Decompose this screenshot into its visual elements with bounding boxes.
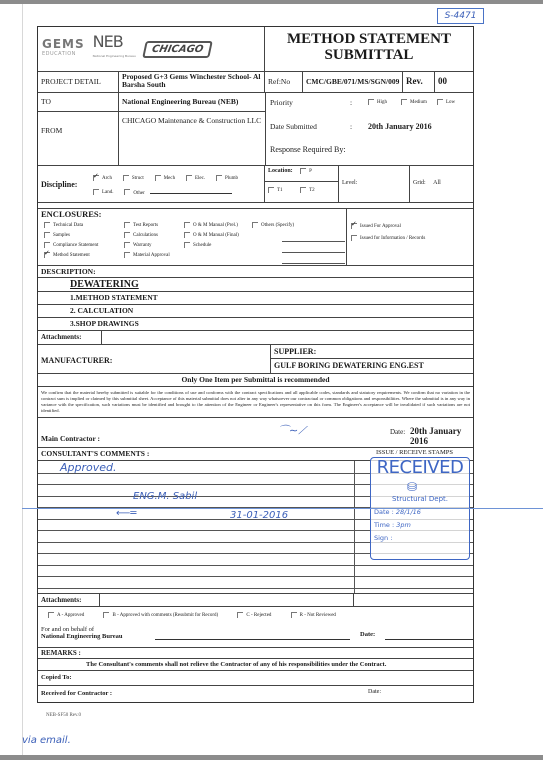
discipline-elec[interactable]: Elec. — [186, 175, 205, 181]
contractor-signature: ⌒∼⟋ — [278, 422, 306, 438]
grid-value: All — [433, 180, 441, 186]
checkbox-icon[interactable] — [123, 175, 129, 181]
stamp-sign: Sign : — [371, 534, 469, 542]
checkbox-icon[interactable] — [351, 235, 357, 241]
comment-ruling-line — [38, 588, 473, 589]
supplier-label: SUPPLIER: — [271, 345, 473, 359]
checkbox-icon[interactable] — [155, 175, 161, 181]
location-p[interactable]: P — [300, 169, 312, 174]
checkbox-checked-icon[interactable] — [351, 223, 357, 229]
to-label: TO — [38, 93, 119, 111]
received-for-contractor-label: Received for Contractor : — [38, 686, 112, 702]
enclosure-option[interactable]: Samples — [44, 232, 124, 238]
enclosure-option[interactable]: Calculations — [124, 232, 184, 238]
code-b-approved-with-comments[interactable]: B - Approved with comments (Resubmit for… — [103, 613, 218, 618]
priority-row: Priority : High Medium Low — [270, 95, 469, 109]
stamp-time: Time : 3pm — [371, 521, 469, 529]
location-t2[interactable]: T2 — [300, 188, 315, 193]
discipline-plumb[interactable]: Plumb — [216, 175, 238, 181]
to-from-block: TO National Engineering Bureau (NEB) FRO… — [38, 93, 473, 166]
project-value: Proposed G+3 Gems Winchester School- Al … — [119, 72, 265, 92]
enclosures-block: ENCLOSURES: Technical DataTest ReportsO … — [38, 209, 473, 266]
checkbox-icon[interactable] — [300, 168, 306, 174]
checkbox-icon[interactable] — [103, 612, 109, 618]
behalf-date-line[interactable] — [385, 639, 473, 640]
response-required-label: Response Required By: — [270, 145, 469, 154]
enclosure-empty — [184, 252, 252, 258]
enclosure-option[interactable]: Test Reports — [124, 222, 184, 228]
attachments2-label: Attachments: — [38, 594, 100, 606]
date-submitted-value: 20th January 2016 — [368, 122, 432, 131]
project-row: PROJECT DETAIL Proposed G+3 Gems Winches… — [38, 72, 473, 93]
issue-purpose-block: Issued For Approval Issued for Informati… — [347, 209, 473, 265]
discipline-label: Discipline: — [41, 180, 93, 189]
form-title: METHOD STATEMENT SUBMITTAL — [265, 27, 473, 71]
enclosures-label: ENCLOSURES: — [38, 209, 346, 219]
grid-label: Grid: — [413, 180, 426, 186]
issued-for-information[interactable]: Issued for Information / Records — [351, 235, 469, 241]
remarks-text: The Consultant's comments shall not reli… — [38, 659, 473, 671]
date-submitted-row: Date Submitted : 20th January 2016 — [270, 119, 469, 133]
issued-for-approval[interactable]: Issued For Approval — [351, 223, 469, 229]
description-block: DESCRIPTION: DEWATERING 1.METHOD STATEME… — [38, 266, 473, 331]
main-contractor-date-value: 20th January 2016 — [410, 426, 473, 446]
chicago-logo: CHICAGO — [142, 41, 213, 58]
checkbox-icon[interactable] — [291, 612, 297, 618]
from-value: CHICAGO Maintenance & Construction LLC — [119, 112, 265, 165]
checkbox-icon[interactable] — [237, 612, 243, 618]
checkbox-icon[interactable] — [124, 242, 130, 248]
stamp-emblem-icon: ⛁ — [407, 480, 417, 494]
checkbox-icon[interactable] — [184, 232, 190, 238]
to-row: TO National Engineering Bureau (NEB) — [38, 93, 265, 112]
attachments2-row: Attachments: — [38, 594, 473, 607]
enclosure-option[interactable]: O & M Manual (Final) — [184, 232, 252, 238]
code-a-approved[interactable]: A - Approved — [48, 613, 84, 618]
handwritten-approval: Approved. — [60, 461, 117, 474]
checkbox-checked-icon[interactable] — [44, 252, 50, 258]
priority-high[interactable]: High — [368, 99, 387, 105]
handwritten-ref-number: S-4471 — [437, 8, 484, 24]
enclosure-option[interactable]: Warranty — [124, 242, 184, 248]
stamps-label: ISSUE / RECEIVE STAMPS — [376, 449, 453, 456]
handwritten-name: ENG.M. Sabil — [133, 491, 197, 502]
priority-low[interactable]: Low — [437, 99, 455, 105]
checkbox-icon[interactable] — [300, 187, 306, 193]
from-row: FROM CHICAGO Maintenance & Construction … — [38, 112, 265, 165]
attachments-row: Attachments: — [38, 331, 473, 345]
checkbox-icon[interactable] — [184, 242, 190, 248]
attachments-label: Attachments: — [38, 331, 102, 344]
description-item: 3.SHOP DRAWINGS — [38, 318, 473, 331]
checkbox-icon[interactable] — [44, 222, 50, 228]
to-value: National Engineering Bureau (NEB) — [119, 93, 265, 111]
rev-label: Rev. — [403, 72, 435, 92]
on-behalf-of: For and on behalf of National Engineerin… — [41, 626, 123, 640]
checkbox-icon[interactable] — [368, 99, 374, 105]
checkbox-checked-icon[interactable] — [93, 175, 99, 181]
enclosure-option[interactable]: Others (Specify) — [252, 222, 334, 228]
received-for-contractor-row: Received for Contractor : Date: — [38, 686, 473, 702]
enclosure-option[interactable]: Schedule — [184, 242, 252, 248]
discipline-arch[interactable]: Arch — [93, 175, 112, 181]
description-label: DESCRIPTION: — [38, 266, 473, 278]
checkbox-icon[interactable] — [44, 232, 50, 238]
checkbox-icon[interactable] — [184, 222, 190, 228]
checkbox-icon[interactable] — [124, 189, 130, 195]
others-specify-lines — [282, 231, 345, 264]
location-t1[interactable]: T1 — [268, 188, 283, 193]
refno-label: Ref:No — [265, 72, 303, 92]
discipline-struct[interactable]: Struct — [123, 175, 144, 181]
from-label: FROM — [38, 112, 119, 165]
checkbox-icon[interactable] — [401, 99, 407, 105]
discipline-row: Discipline: Arch Struct Mech Elec. Plumb… — [38, 166, 473, 203]
discipline-land[interactable]: Land. — [93, 189, 114, 195]
gems-logo: GEMSEDUCATION — [42, 39, 85, 59]
rev-value: 00 — [435, 72, 473, 92]
form-header: GEMSEDUCATION NEBNational Engineering Bu… — [38, 27, 473, 72]
supplier-value: GULF BORING DEWATERING ENG.EST — [271, 359, 473, 372]
comment-ruling-line — [38, 565, 473, 566]
confirmation-text: We confirm that the material hereby subm… — [38, 387, 473, 418]
main-contractor-date-label: Date: — [390, 428, 405, 436]
consultant-comments-area: Approved. ENG.M. Sabil ⟵═ 31-01-2016 REC… — [38, 461, 473, 594]
checkbox-icon[interactable] — [437, 99, 443, 105]
one-item-note: Only One Item per Submittal is recommend… — [38, 374, 473, 387]
copied-to-label: Copied To: — [38, 671, 473, 686]
approval-codes: A - Approved B - Approved with comments … — [48, 612, 336, 618]
approval-block: A - Approved B - Approved with comments … — [38, 607, 473, 648]
project-label: PROJECT DETAIL — [38, 72, 119, 92]
scan-artifact-line — [22, 508, 543, 509]
discipline-other[interactable]: Other — [124, 191, 144, 196]
viewer-bottom-bar — [0, 755, 543, 760]
comment-ruling-line — [38, 576, 473, 577]
stamp-title: RECEIVED — [371, 458, 469, 478]
enclosure-option[interactable]: O & M Manual (Prel.) — [184, 222, 252, 228]
enclosure-option[interactable]: Compliance Statement — [44, 242, 124, 248]
enclosure-option[interactable]: Material Approval — [124, 252, 184, 258]
code-c-rejected[interactable]: C - Rejected — [237, 613, 271, 618]
received-date-label: Date: — [368, 689, 381, 695]
remarks-label: REMARKS : — [38, 648, 473, 659]
priority-date-block: Priority : High Medium Low Date Submitte… — [266, 93, 473, 165]
date-submitted-label: Date Submitted — [270, 122, 350, 131]
discipline-block: Discipline: Arch Struct Mech Elec. Plumb… — [38, 166, 265, 202]
logo-strip: GEMSEDUCATION NEBNational Engineering Bu… — [38, 27, 265, 71]
checkbox-icon[interactable] — [44, 242, 50, 248]
description-item: 2. CALCULATION — [38, 305, 473, 318]
checkbox-icon[interactable] — [268, 187, 274, 193]
page-left-edge — [22, 4, 23, 755]
main-contractor-row: Main Contractor : ⌒∼⟋ Date: 20th January… — [38, 418, 473, 448]
level-label: Level: — [339, 166, 410, 202]
priority-medium[interactable]: Medium — [401, 99, 427, 105]
footer-handwritten-note: via email. — [22, 735, 71, 746]
checkbox-icon[interactable] — [48, 612, 54, 618]
checkbox-icon[interactable] — [124, 232, 130, 238]
discipline-mech[interactable]: Mech — [155, 175, 175, 181]
submittal-form: GEMSEDUCATION NEBNational Engineering Bu… — [37, 26, 474, 703]
to-from-left: TO National Engineering Bureau (NEB) FRO… — [38, 93, 266, 165]
discipline-options: Arch Struct Mech Elec. Plumb Land. Other — [93, 173, 247, 196]
form-code: NEB-SF50 Rev.0 — [46, 713, 81, 718]
other-specify-line[interactable] — [150, 193, 232, 194]
attachments-value[interactable] — [102, 331, 473, 344]
manufacturer-supplier-row: MANUFACTURER: SUPPLIER: GULF BORING DEWA… — [38, 345, 473, 374]
description-title: DEWATERING — [38, 278, 473, 292]
neb-logo: NEBNational Engineering Bureau — [93, 35, 136, 63]
handwritten-signature: ⟵═ — [116, 508, 136, 519]
stamp-date: Date : 28/1/16 — [371, 508, 469, 516]
checkbox-icon[interactable] — [252, 222, 258, 228]
checkbox-icon[interactable] — [124, 222, 130, 228]
enclosures-left: ENCLOSURES: Technical DataTest ReportsO … — [38, 209, 347, 265]
refno-value: CMC/GBE/071/MS/SGN/009 — [303, 72, 403, 92]
enclosure-option[interactable]: Technical Data — [44, 222, 124, 228]
enclosure-option[interactable]: Method Statement — [44, 252, 124, 258]
checkbox-icon[interactable] — [186, 175, 192, 181]
grid-field: Grid: All — [410, 166, 473, 202]
location-label: Location: — [268, 168, 293, 174]
stamp-dept: Structural Dept. — [371, 495, 469, 503]
checkbox-icon[interactable] — [216, 175, 222, 181]
handwritten-date: 31-01-2016 — [230, 510, 288, 521]
main-contractor-label: Main Contractor : — [38, 434, 100, 447]
behalf-date-label: Date: — [360, 631, 375, 638]
checkbox-icon[interactable] — [93, 189, 99, 195]
signature-line[interactable] — [155, 639, 350, 640]
description-item: 1.METHOD STATEMENT — [38, 292, 473, 305]
priority-label: Priority — [270, 98, 350, 107]
manufacturer-label: MANUFACTURER: — [41, 356, 112, 365]
consultant-comments-label: CONSULTANT'S COMMENTS : — [38, 448, 149, 460]
location-block: Location: P T1 T2 — [265, 166, 339, 202]
checkbox-icon[interactable] — [124, 252, 130, 258]
code-r-not-reviewed[interactable]: R - Not Reviewed — [291, 613, 336, 618]
